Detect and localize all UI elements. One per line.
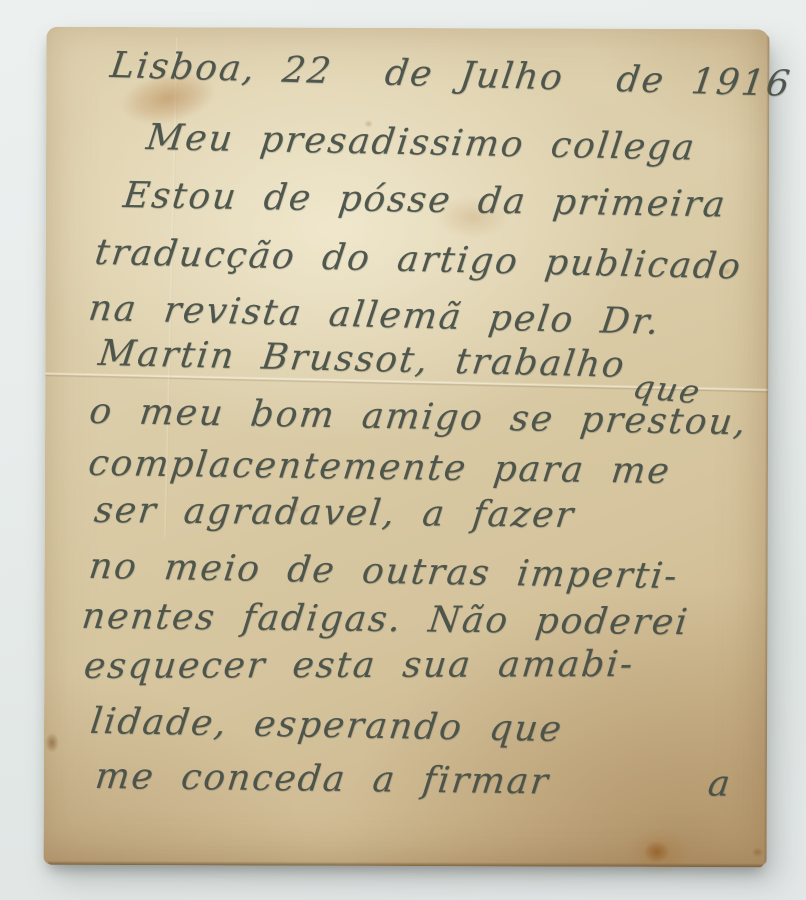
handwritten-line: Estou de pósse da primeira [121,175,729,225]
handwritten-line: nentes fadigas. Não poderei [80,596,691,643]
handwritten-line: ser agradavel, a fazer [92,490,577,536]
handwritten-line: traducção do artigo publicado [93,232,745,288]
handwritten-line: lidade, esperando que [88,701,565,750]
foxing-speck [752,847,764,857]
paper-right-edge [764,35,770,863]
handwritten-line: complacentemente para me [86,443,673,492]
handwritten-line: esquecer esta sua amabi- [82,644,636,687]
letter-page: Lisboa, 22 de Julho de 1916 Meu presadis… [44,27,770,868]
handwritten-line: no meio de outras imperti- [87,546,681,597]
handwritten-salutation: Meu presadissimo collega [144,117,698,168]
handwritten-line: me conceda a firmar a [93,756,734,805]
stain-bottom-spot [644,841,670,863]
stain-left-edge [45,733,59,753]
photo-backdrop: Lisboa, 22 de Julho de 1916 Meu presadis… [0,0,806,900]
